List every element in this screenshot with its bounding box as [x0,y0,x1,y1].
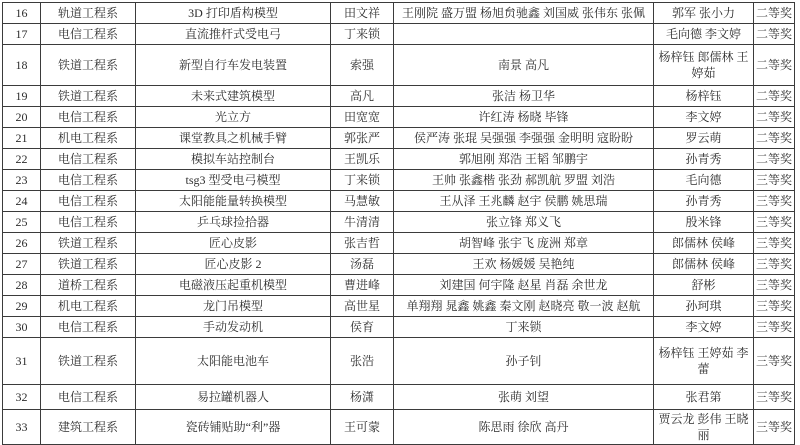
cell-serial-number: 32 [3,385,41,410]
cell-award: 三等奖 [754,254,795,275]
cell-award: 三等奖 [754,338,795,385]
cell-project-name: 乒乓球捡拾器 [136,212,331,233]
cell-department: 机电工程系 [41,128,136,149]
table-row: 24 电信工程系 太阳能能量转换模型 马慧敏 王从泽 王兆麟 赵宇 侯鹏 姚思瑞… [3,191,795,212]
cell-project-name: 直流推杆式受电弓 [136,24,331,45]
cell-team-members: 陈思雨 徐欣 高丹 [394,410,654,440]
cell-advisors: 杨梓钰 郎儒林 王婷茹 [654,45,754,86]
cell-serial-number: 19 [3,86,41,107]
award-table: 16 轨道工程系 3D 打印盾构模型 田文祥 王刚院 盛万盟 杨旭贠驰鑫 刘国威… [2,2,795,439]
cell-designer: 张浩 [331,338,394,385]
cell-team-members: 许红涛 杨晓 毕锋 [394,107,654,128]
cell-designer: 王凯乐 [331,149,394,170]
cell-advisors: 郭军 张小力 [654,3,754,24]
cell-designer: 丁来锁 [331,170,394,191]
cell-award: 三等奖 [754,233,795,254]
cell-serial-number: 23 [3,170,41,191]
cell-award: 二等奖 [754,3,795,24]
cell-department: 机电工程系 [41,296,136,317]
cell-award: 三等奖 [754,296,795,317]
table-row: 23 电信工程系 tsg3 型受电弓模型 丁来锁 王帅 张鑫楷 张劲 郝凯航 罗… [3,170,795,191]
cell-department: 道桥工程系 [41,275,136,296]
cell-project-name: 匠心皮影 [136,233,331,254]
cell-advisors: 李文婷 [654,107,754,128]
cell-serial-number: 29 [3,296,41,317]
cell-designer: 田文祥 [331,3,394,24]
table-row: 19 铁道工程系 未来式建筑模型 高凡 张洁 杨卫华 杨梓钰 二等奖 [3,86,795,107]
cell-serial-number: 22 [3,149,41,170]
cell-department: 建筑工程系 [41,410,136,440]
cell-project-name: 瓷砖铺贴助“利”器 [136,410,331,440]
cell-serial-number: 27 [3,254,41,275]
cell-department: 铁道工程系 [41,45,136,86]
cell-designer: 牛清清 [331,212,394,233]
cell-project-name: 太阳能电池车 [136,338,331,385]
cell-department: 轨道工程系 [41,3,136,24]
cell-department: 电信工程系 [41,107,136,128]
cell-serial-number: 21 [3,128,41,149]
cell-advisors: 郎儒林 侯峰 [654,233,754,254]
cell-designer: 索强 [331,45,394,86]
cell-award: 三等奖 [754,212,795,233]
cell-award: 三等奖 [754,275,795,296]
cell-designer: 丁来锁 [331,24,394,45]
cell-designer: 侯育 [331,317,394,338]
cell-designer: 田宽宽 [331,107,394,128]
cell-advisors: 杨梓钰 王婷茹 李蕾 [654,338,754,385]
cell-serial-number: 30 [3,317,41,338]
cell-department: 电信工程系 [41,317,136,338]
cell-project-name: 匠心皮影 2 [136,254,331,275]
cell-department: 铁道工程系 [41,338,136,385]
table-row: 16 轨道工程系 3D 打印盾构模型 田文祥 王刚院 盛万盟 杨旭贠驰鑫 刘国威… [3,3,795,24]
cell-serial-number: 33 [3,410,41,440]
table-row: 29 机电工程系 龙门吊模型 高世星 单翔翔 晁鑫 姚鑫 秦文刚 赵晓亮 敬一波… [3,296,795,317]
table-row: 33 建筑工程系 瓷砖铺贴助“利”器 王可蒙 陈思雨 徐欣 高丹 贾云龙 彭伟 … [3,410,795,440]
cell-serial-number: 20 [3,107,41,128]
cell-department: 电信工程系 [41,149,136,170]
cell-team-members: 刘建国 何宇隆 赵星 肖磊 余世龙 [394,275,654,296]
table-row: 18 铁道工程系 新型自行车发电装置 索强 南景 高凡 杨梓钰 郎儒林 王婷茹 … [3,45,795,86]
table-row: 25 电信工程系 乒乓球捡拾器 牛清清 张立锋 郑义飞 殷米锋 三等奖 [3,212,795,233]
cell-award: 二等奖 [754,24,795,45]
cell-designer: 杨潇 [331,385,394,410]
cell-award: 二等奖 [754,86,795,107]
cell-project-name: tsg3 型受电弓模型 [136,170,331,191]
cell-award: 三等奖 [754,317,795,338]
cell-award: 二等奖 [754,149,795,170]
cell-advisors: 毛向德 李文婷 [654,24,754,45]
cell-advisors: 毛向德 [654,170,754,191]
cell-department: 铁道工程系 [41,254,136,275]
cell-team-members: 王帅 张鑫楷 张劲 郝凯航 罗盟 刘浩 [394,170,654,191]
table-row: 28 道桥工程系 电磁液压起重机模型 曹进峰 刘建国 何宇隆 赵星 肖磊 余世龙… [3,275,795,296]
cell-team-members [394,24,654,45]
cell-award: 二等奖 [754,128,795,149]
cell-designer: 王可蒙 [331,410,394,440]
cell-designer: 曹进峰 [331,275,394,296]
cell-advisors: 孙珂琪 [654,296,754,317]
table-row: 22 电信工程系 模拟车站控制台 王凯乐 郭旭刚 郑浩 王韬 邹鹏宇 孙青秀 二… [3,149,795,170]
cell-project-name: 光立方 [136,107,331,128]
document-page: 16 轨道工程系 3D 打印盾构模型 田文祥 王刚院 盛万盟 杨旭贠驰鑫 刘国威… [0,0,800,439]
cell-advisors: 张君第 [654,385,754,410]
cell-project-name: 课堂教具之机械手臂 [136,128,331,149]
cell-designer: 郭张严 [331,128,394,149]
cell-advisors: 孙青秀 [654,191,754,212]
cell-team-members: 胡智峰 张宇飞 庞洲 郑章 [394,233,654,254]
cell-department: 铁道工程系 [41,233,136,254]
table-row: 27 铁道工程系 匠心皮影 2 汤磊 王欢 杨媛媛 吴艳纯 郎儒林 侯峰 三等奖 [3,254,795,275]
cell-advisors: 舒彬 [654,275,754,296]
table-row: 20 电信工程系 光立方 田宽宽 许红涛 杨晓 毕锋 李文婷 二等奖 [3,107,795,128]
cell-project-name: 未来式建筑模型 [136,86,331,107]
cell-project-name: 模拟车站控制台 [136,149,331,170]
cell-department: 电信工程系 [41,212,136,233]
cell-team-members: 郭旭刚 郑浩 王韬 邹鹏宇 [394,149,654,170]
cell-team-members: 王欢 杨媛媛 吴艳纯 [394,254,654,275]
cell-serial-number: 17 [3,24,41,45]
award-table-body: 16 轨道工程系 3D 打印盾构模型 田文祥 王刚院 盛万盟 杨旭贠驰鑫 刘国威… [3,3,795,440]
cell-serial-number: 24 [3,191,41,212]
cell-award: 三等奖 [754,191,795,212]
cell-award: 三等奖 [754,385,795,410]
cell-designer: 高凡 [331,86,394,107]
cell-designer: 张吉哲 [331,233,394,254]
table-row: 31 铁道工程系 太阳能电池车 张浩 孙子钊 杨梓钰 王婷茹 李蕾 三等奖 [3,338,795,385]
cell-project-name: 手动发动机 [136,317,331,338]
table-row: 32 电信工程系 易拉罐机器人 杨潇 张萌 刘望 张君第 三等奖 [3,385,795,410]
cell-department: 电信工程系 [41,24,136,45]
cell-team-members: 侯严涛 张琨 吴强强 李强强 金明明 寇盼盼 [394,128,654,149]
cell-department: 电信工程系 [41,385,136,410]
cell-team-members: 南景 高凡 [394,45,654,86]
cell-designer: 高世星 [331,296,394,317]
cell-project-name: 新型自行车发电装置 [136,45,331,86]
cell-serial-number: 16 [3,3,41,24]
cell-award: 二等奖 [754,45,795,86]
cell-project-name: 易拉罐机器人 [136,385,331,410]
cell-advisors: 贾云龙 彭伟 王晓丽 [654,410,754,440]
cell-advisors: 罗云萌 [654,128,754,149]
cell-serial-number: 26 [3,233,41,254]
table-row: 30 电信工程系 手动发动机 侯育 丁来锁 李文婷 三等奖 [3,317,795,338]
cell-designer: 汤磊 [331,254,394,275]
cell-team-members: 王从泽 王兆麟 赵宇 侯鹏 姚思瑞 [394,191,654,212]
cell-serial-number: 25 [3,212,41,233]
cell-award: 三等奖 [754,170,795,191]
table-row: 21 机电工程系 课堂教具之机械手臂 郭张严 侯严涛 张琨 吴强强 李强强 金明… [3,128,795,149]
cell-serial-number: 18 [3,45,41,86]
cell-award: 三等奖 [754,410,795,440]
cell-team-members: 王刚院 盛万盟 杨旭贠驰鑫 刘国威 张伟东 张佩 [394,3,654,24]
cell-team-members: 孙子钊 [394,338,654,385]
table-row: 17 电信工程系 直流推杆式受电弓 丁来锁 毛向德 李文婷 二等奖 [3,24,795,45]
cell-project-name: 太阳能能量转换模型 [136,191,331,212]
cell-department: 铁道工程系 [41,86,136,107]
cell-advisors: 孙青秀 [654,149,754,170]
cell-award: 二等奖 [754,107,795,128]
cell-team-members: 单翔翔 晁鑫 姚鑫 秦文刚 赵晓亮 敬一波 赵航 [394,296,654,317]
cell-designer: 马慧敏 [331,191,394,212]
cell-project-name: 龙门吊模型 [136,296,331,317]
cell-serial-number: 28 [3,275,41,296]
cell-advisors: 杨梓钰 [654,86,754,107]
cell-team-members: 张立锋 郑义飞 [394,212,654,233]
cell-team-members: 丁来锁 [394,317,654,338]
cell-project-name: 电磁液压起重机模型 [136,275,331,296]
table-row: 26 铁道工程系 匠心皮影 张吉哲 胡智峰 张宇飞 庞洲 郑章 郎儒林 侯峰 三… [3,233,795,254]
cell-department: 电信工程系 [41,191,136,212]
cell-department: 电信工程系 [41,170,136,191]
cell-advisors: 郎儒林 侯峰 [654,254,754,275]
cell-project-name: 3D 打印盾构模型 [136,3,331,24]
cell-team-members: 张萌 刘望 [394,385,654,410]
cell-advisors: 殷米锋 [654,212,754,233]
cell-team-members: 张洁 杨卫华 [394,86,654,107]
cell-serial-number: 31 [3,338,41,385]
cell-advisors: 李文婷 [654,317,754,338]
